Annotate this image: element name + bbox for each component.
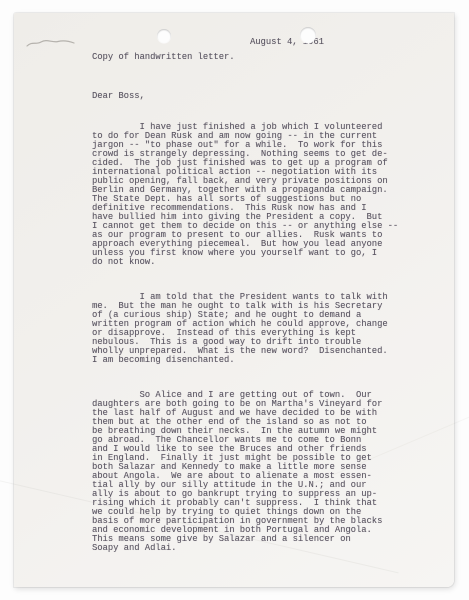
paragraph-3: So Alice and I are getting out of town. … xyxy=(92,391,392,553)
paragraph-2: I am told that the President wants to ta… xyxy=(92,293,392,365)
paragraph-1: I have just finished a job which I volun… xyxy=(92,123,392,267)
copy-annotation: Copy of handwritten letter. xyxy=(92,53,235,62)
letter-body: I have just finished a job which I volun… xyxy=(92,105,392,571)
scan-background: August 4, 1961 Copy of handwritten lette… xyxy=(0,0,469,600)
salutation: Dear Boss, xyxy=(92,92,145,101)
punch-hole-right xyxy=(300,27,316,43)
pencil-mark xyxy=(25,35,77,51)
letter-paper: August 4, 1961 Copy of handwritten lette… xyxy=(14,13,454,587)
punch-hole-left xyxy=(157,29,171,43)
